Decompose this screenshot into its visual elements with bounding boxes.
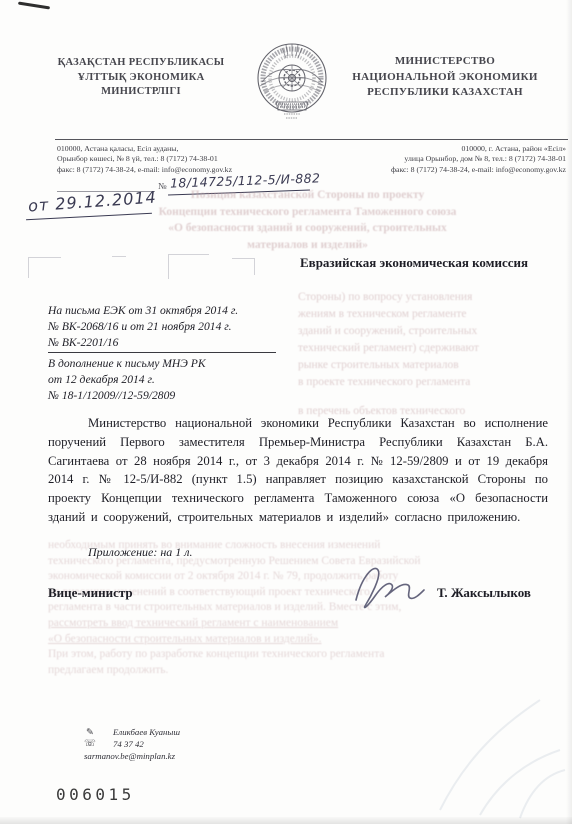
bleedthrough-line: Стороны) по вопросу установления xyxy=(298,289,560,306)
stamp-corner-mark xyxy=(112,256,126,260)
address-russian-line: улица Орынбор, дом № 8, тел.: 8 (7172) 7… xyxy=(300,154,566,164)
bleedthrough-line: материалов и изделий» xyxy=(135,237,480,254)
stamp-corner-mark xyxy=(232,258,255,275)
bleedthrough-attachment-title: Позиция казахстанской Стороны по проекту… xyxy=(135,187,480,253)
stamp-corner-mark xyxy=(168,254,209,279)
address-kazakh-line: 010000, Астана қаласы, Есіл ауданы, xyxy=(57,144,297,154)
reference-line: На письма ЕЭК от 31 октября 2014 г. xyxy=(48,303,276,319)
address-russian-line: факс: 8 (7172) 74-38-24, e-mail: info@ec… xyxy=(300,165,566,175)
pen-stroke-artifact xyxy=(18,2,50,10)
reference-block: На письма ЕЭК от 31 октября 2014 г. № ВК… xyxy=(48,303,276,404)
bleedthrough-line: рассмотреть ввод технический регламент с… xyxy=(48,616,548,632)
org-name-russian-line: РЕСПУБЛИКИ КАЗАХСТАН xyxy=(330,85,560,101)
attachment-note: Приложение: на 1 л. xyxy=(88,545,193,560)
addressee: Евразийская экономическая комиссия xyxy=(300,255,550,271)
bleedthrough-line: регламента в части строительных материал… xyxy=(48,600,548,616)
bleedthrough-line: «О безопасности зданий и сооружений, стр… xyxy=(135,220,480,237)
bleedthrough-pen-marks xyxy=(420,690,570,824)
executor-name: Еликбаев Куаныш xyxy=(113,727,180,737)
pencil-icon: ✎ xyxy=(86,727,94,738)
executor-phone: 74 37 42 xyxy=(113,739,144,749)
letterhead-divider xyxy=(55,139,568,140)
signer-title: Вице-министр xyxy=(48,585,133,601)
bleedthrough-line: зданий и сооружений, строительных xyxy=(298,323,560,340)
org-name-russian-line: НАЦИОНАЛЬНОЙ ЭКОНОМИКИ xyxy=(330,70,560,86)
coat-of-arms-kazakhstan-icon xyxy=(250,36,334,130)
bleedthrough-line xyxy=(298,391,560,403)
executor-email: sarmanov.be@minplan.kz xyxy=(84,751,175,761)
reference-line: от 12 декабря 2014 г. xyxy=(48,372,276,388)
registration-stamp-number: 006015 xyxy=(56,785,135,804)
org-name-kazakh-line: ҚАЗАҚСТАН РЕСПУБЛИКАСЫ xyxy=(45,56,237,71)
org-name-russian: МИНИСТЕРСТВО НАЦИОНАЛЬНОЙ ЭКОНОМИКИ РЕСП… xyxy=(330,54,560,101)
signer-name: Т. Жаксылыков xyxy=(437,585,531,601)
scan-edge-shadow xyxy=(566,0,572,824)
org-name-kazakh-line: ҰЛТТЫҚ ЭКОНОМИКА xyxy=(45,71,237,86)
bleedthrough-line: жениям в техническом регламенте xyxy=(298,306,560,323)
bleedthrough-line: предлагаем продолжить. xyxy=(48,663,548,679)
bleedthrough-line: в проекте технического регламента xyxy=(298,374,560,391)
address-russian-line: 010000, г. Астана, район «Есіл» xyxy=(300,144,566,154)
reference-line: В дополнение к письму МНЭ РК xyxy=(48,356,276,372)
bleedthrough-line: рынке строительных материалов xyxy=(298,357,560,374)
bleedthrough-line: технический регламент) сдерживают xyxy=(298,340,560,357)
org-name-kazakh: ҚАЗАҚСТАН РЕСПУБЛИКАСЫ ҰЛТТЫҚ ЭКОНОМИКА … xyxy=(45,56,237,100)
scan-edge-shadow xyxy=(0,817,572,824)
bleedthrough-line: Концепции технического регламента Таможе… xyxy=(135,204,480,221)
reference-divider xyxy=(48,352,276,353)
bleedthrough-mid-block: Стороны) по вопросу установления жениям … xyxy=(298,289,560,420)
reference-line: № 18-1/12009//12-59/2809 xyxy=(48,388,276,404)
address-kazakh: 010000, Астана қаласы, Есіл ауданы, Орын… xyxy=(57,144,297,175)
phone-icon: ☏ xyxy=(84,738,96,749)
bleedthrough-line: экономической комиссии от 2 октября 2014… xyxy=(48,569,548,585)
org-name-russian-line: МИНИСТЕРСТВО xyxy=(330,54,560,70)
reference-line: № ВК-2068/16 и от 21 ноября 2014 г. xyxy=(48,319,276,335)
bleedthrough-line: Позиция казахстанской Стороны по проекту xyxy=(135,187,480,204)
org-name-kazakh-line: МИНИСТРЛІГІ xyxy=(45,85,237,100)
bleedthrough-line: При этом, работу по разработке концепции… xyxy=(48,647,548,663)
bleedthrough-line: «О безопасности строительных материалов … xyxy=(48,632,548,648)
address-kazakh-line: Орынбор көшесі, № 8 үй, тел.: 8 (7172) 7… xyxy=(57,154,297,164)
handwritten-signature xyxy=(348,560,444,616)
body-paragraph: Министерство национальной экономики Респ… xyxy=(48,414,548,527)
reference-line: № ВК-2201/16 xyxy=(48,335,276,351)
stamp-corner-mark xyxy=(28,257,61,278)
address-russian: 010000, г. Астана, район «Есіл» улица Ор… xyxy=(300,144,566,175)
scanned-letter-page: ҚАЗАҚСТАН РЕСПУБЛИКАСЫ ҰЛТТЫҚ ЭКОНОМИКА … xyxy=(0,0,572,824)
